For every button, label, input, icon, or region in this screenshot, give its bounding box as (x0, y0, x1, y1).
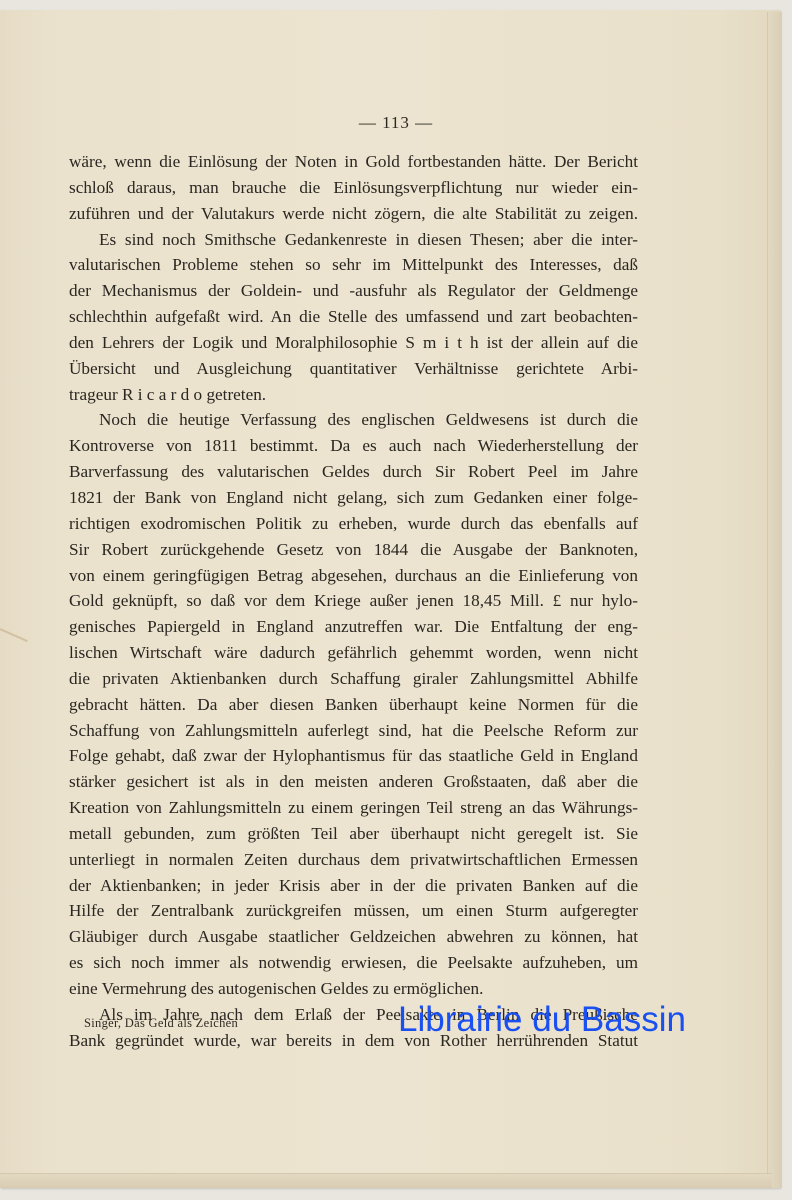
text-line: zuführen und der Valutakurs werde nicht … (69, 201, 638, 227)
text-line: den Lehrers der Logik und Moralphilosoph… (69, 330, 638, 356)
text-line: valutarischen Probleme stehen so sehr im… (69, 252, 638, 278)
text-line: eine Vermehrung des autogenischen Geldes… (69, 976, 638, 1002)
text-line: Hilfe der Zentralbank zurückgreifen müss… (69, 898, 638, 924)
text-line: unterliegt in normalen Zeiten durchaus d… (69, 847, 638, 873)
text-line: lischen Wirtschaft wäre dadurch gefährli… (69, 640, 638, 666)
text-line: der Mechanismus der Goldein- und -ausfuh… (69, 278, 638, 304)
text-line: Gläubiger durch Ausgabe staatlicher Geld… (69, 924, 638, 950)
text-line: schlechthin aufgefaßt wird. An die Stell… (69, 304, 638, 330)
text-line: stärker gesichert ist als in den meisten… (69, 769, 638, 795)
text-line: es sich noch immer als notwendig erwiese… (69, 950, 638, 976)
text-line: genisches Papiergeld in England anzutref… (69, 614, 638, 640)
text-line: Übersicht und Ausgleichung quantitativer… (69, 356, 638, 382)
page-stack-edge-bottom (0, 1173, 772, 1188)
text-line: trageur R i c a r d o getreten. (69, 382, 638, 408)
text-line: Folge gehabt, daß zwar der Hylophantismu… (69, 743, 638, 769)
text-line: Es sind noch Smithsche Gedankenreste in … (69, 227, 638, 253)
text-line: metall gebunden, zum größten Teil aber ü… (69, 821, 638, 847)
footer-signature: Singer, Das Geld als Zeichen (84, 1016, 238, 1031)
text-line: richtigen exodromischen Politik zu erheb… (69, 511, 638, 537)
text-line: Sir Robert zurückgehende Gesetz von 1844… (69, 537, 638, 563)
text-line: der Aktienbanken; in jeder Krisis aber i… (69, 873, 638, 899)
text-line: die privaten Aktienbanken durch Schaffun… (69, 666, 638, 692)
watermark-text: Librairie du Bassin (398, 1000, 686, 1040)
page-stack-edge-right (767, 12, 782, 1188)
text-line: Kreation von Zahlungsmitteln zu einem ge… (69, 795, 638, 821)
body-text: wäre, wenn die Einlösung der Noten in Go… (69, 149, 638, 1054)
text-line: gebracht hätten. Da aber diesen Banken ü… (69, 692, 638, 718)
text-line: Noch die heutige Verfassung des englisch… (69, 407, 638, 433)
text-line: Barverfassung des valutarischen Geldes d… (69, 459, 638, 485)
text-line: von einem geringfügigen Betrag abgesehen… (69, 563, 638, 589)
text-line: Gold geknüpft, so daß vor dem Kriege auß… (69, 588, 638, 614)
text-line: wäre, wenn die Einlösung der Noten in Go… (69, 149, 638, 175)
text-line: Schaffung von Zahlungsmitteln auferlegt … (69, 718, 638, 744)
page-number: — 113 — (0, 113, 792, 133)
text-line: Kontroverse von 1811 bestimmt. Da es auc… (69, 433, 638, 459)
text-line: schloß daraus, man brauche die Einlösung… (69, 175, 638, 201)
text-line: 1821 der Bank von England nicht gelang, … (69, 485, 638, 511)
